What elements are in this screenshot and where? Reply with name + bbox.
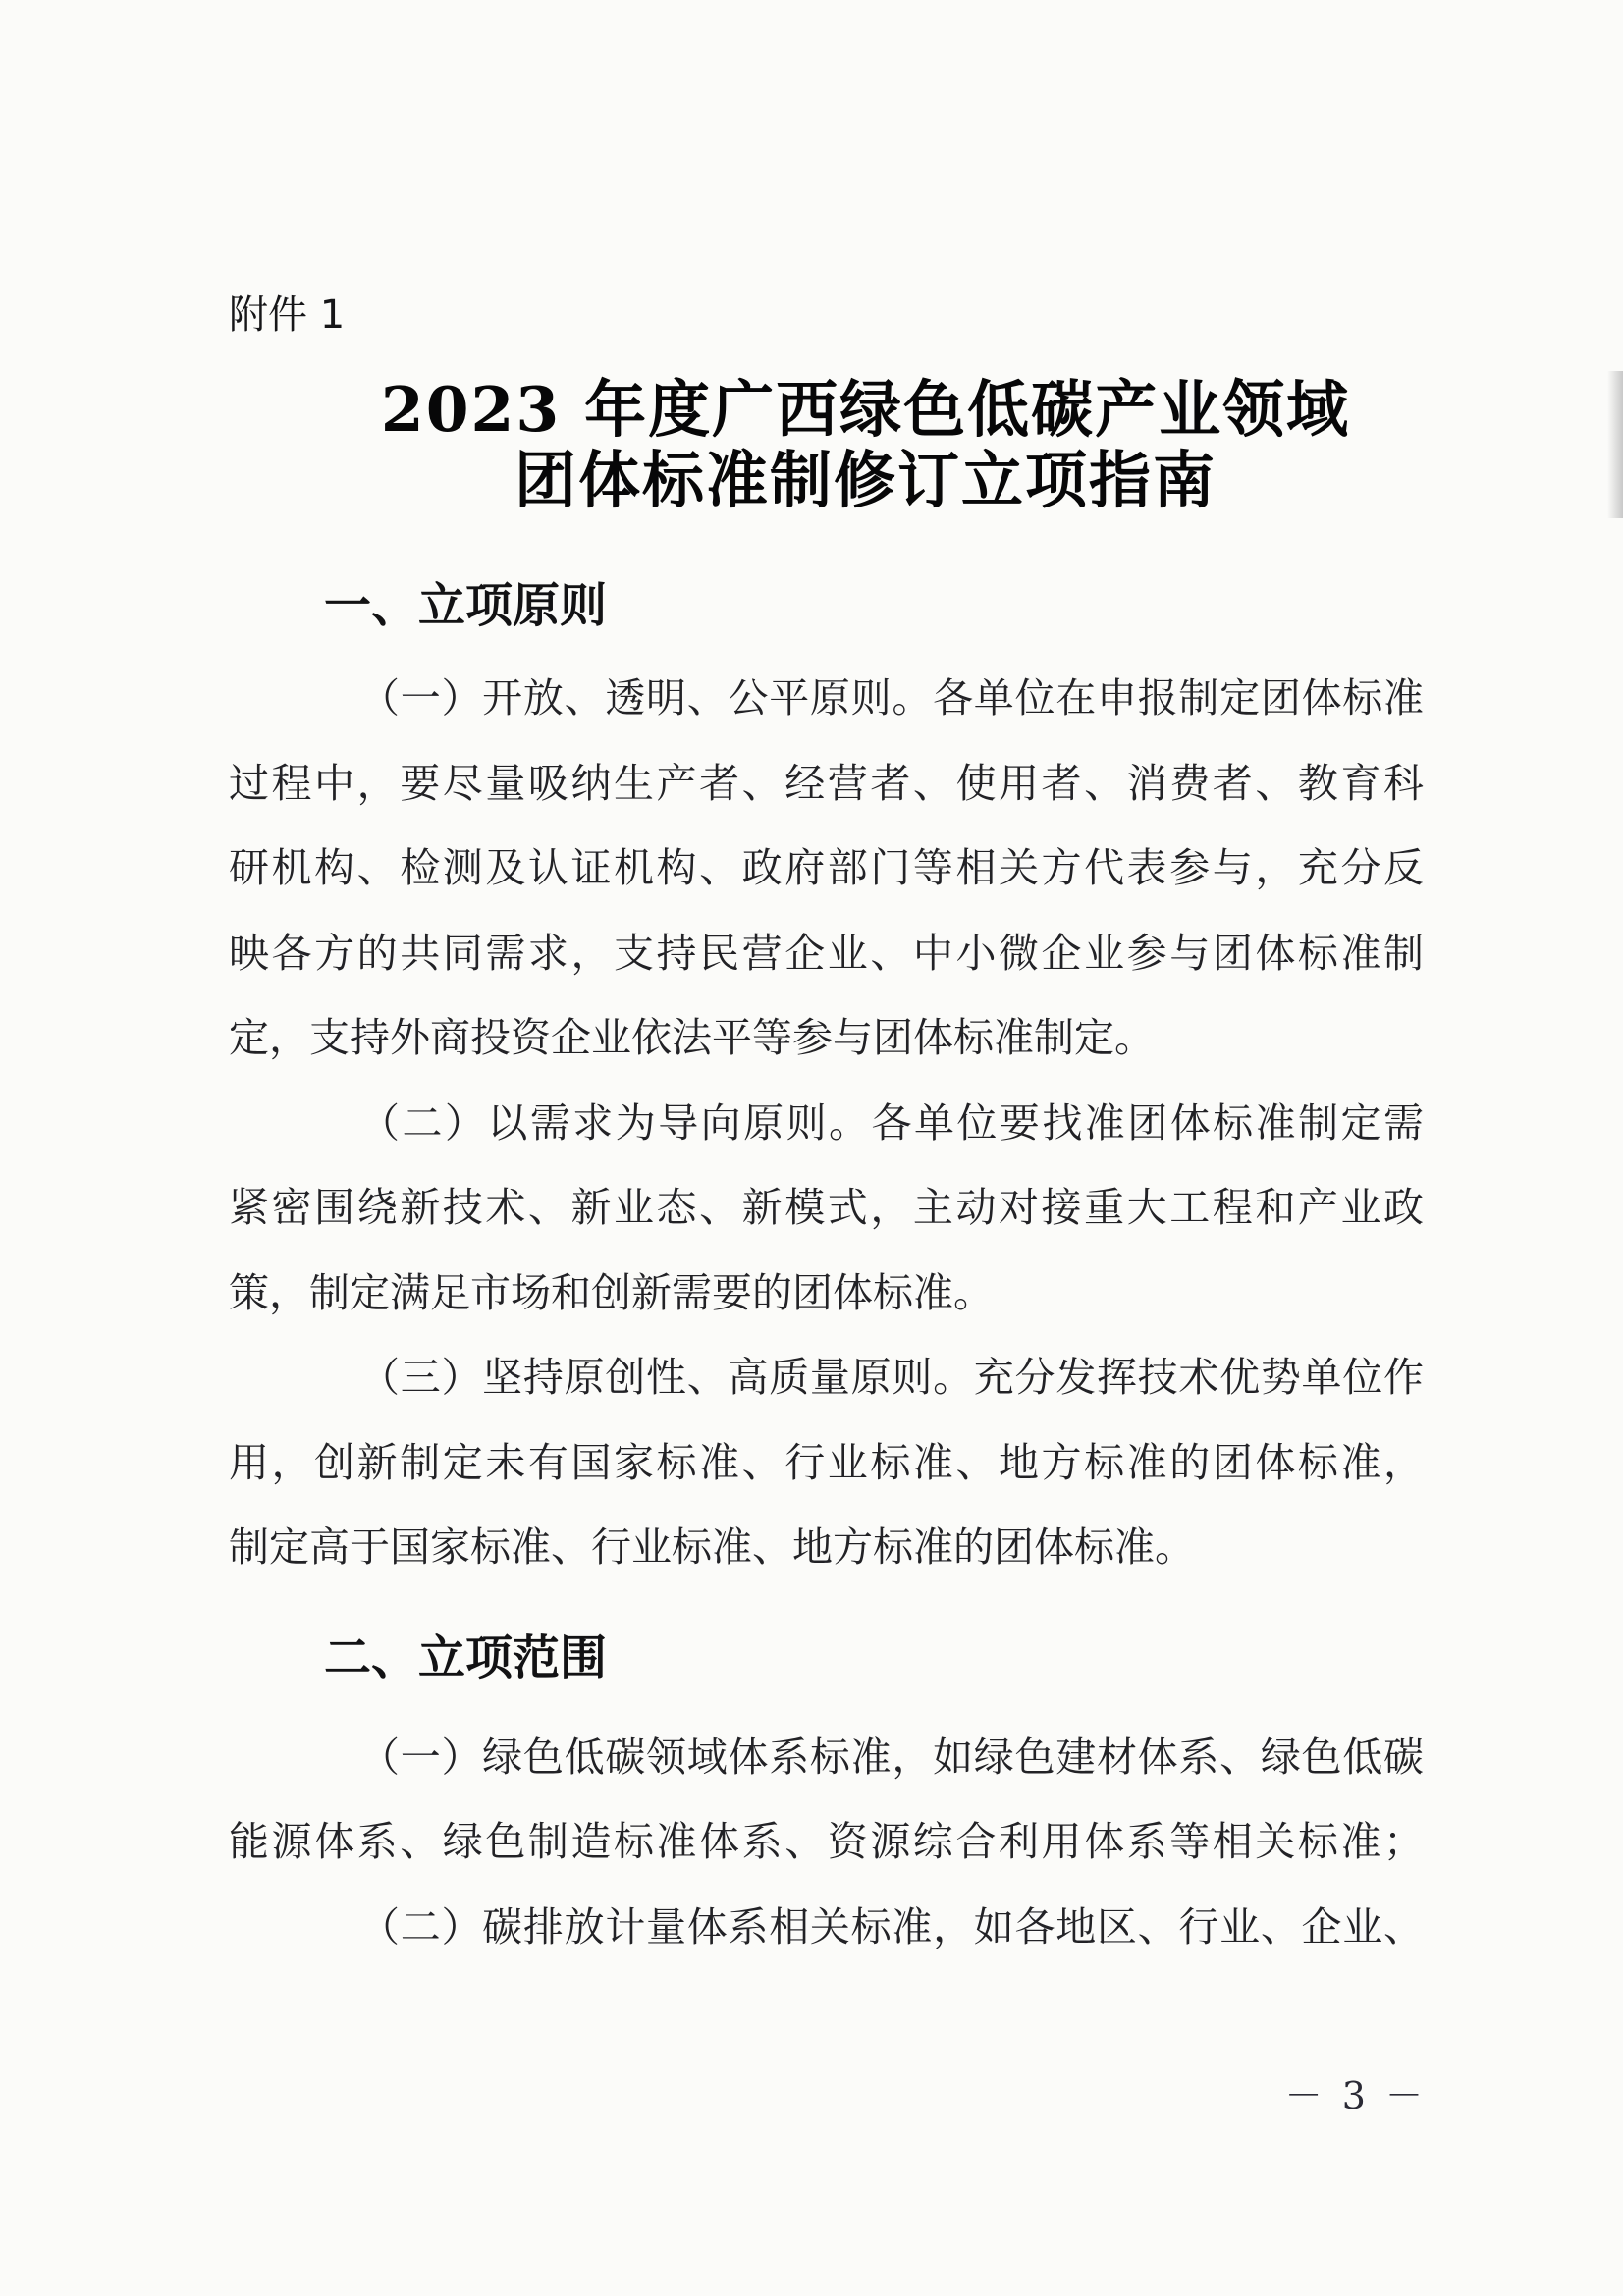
body-line: （三）坚持原创性、高质量原则。充分发挥技术优势单位作: [229, 1335, 1424, 1420]
document-title-line-2: 团体标准制修订立项指南: [108, 445, 1623, 515]
body-line: 能源体系、绿色制造标准体系、资源综合利用体系等相关标准；: [229, 1799, 1424, 1885]
body-line: 紧密围绕新技术、新业态、新模式，主动对接重大工程和产业政: [229, 1165, 1424, 1251]
scanned-document-page: 附件 1 2023 年度广西绿色低碳产业领域 团体标准制修订立项指南 一、立项原…: [0, 0, 1623, 2296]
paragraph: （一）开放、透明、公平原则。各单位在申报制定团体标准 过程中，要尽量吸纳生产者、…: [229, 656, 1424, 1081]
section-2-heading: 二、立项范围: [324, 1632, 1623, 1683]
body-line: （二）以需求为导向原则。各单位要找准团体标准制定需求，: [229, 1081, 1424, 1166]
page-number: － 3 －: [1285, 2073, 1427, 2118]
scan-edge-shadow: [1607, 371, 1623, 518]
section-2-body: （一）绿色低碳领域体系标准，如绿色建材体系、绿色低碳 能源体系、绿色制造标准体系…: [229, 1715, 1424, 1970]
paragraph: （二）碳排放计量体系相关标准，如各地区、行业、企业、: [229, 1885, 1424, 1970]
paragraph: （三）坚持原创性、高质量原则。充分发挥技术优势单位作 用，创新制定未有国家标准、…: [229, 1335, 1424, 1590]
body-line: （二）碳排放计量体系相关标准，如各地区、行业、企业、: [229, 1885, 1424, 1970]
section-1-heading: 一、立项原则: [324, 580, 1623, 631]
body-line: （一）绿色低碳领域体系标准，如绿色建材体系、绿色低碳: [229, 1715, 1424, 1800]
document-title: 2023 年度广西绿色低碳产业领域 团体标准制修订立项指南: [108, 374, 1623, 515]
paragraph: （二）以需求为导向原则。各单位要找准团体标准制定需求， 紧密围绕新技术、新业态、…: [229, 1081, 1424, 1336]
body-line: 过程中，要尽量吸纳生产者、经营者、使用者、消费者、教育科: [229, 741, 1424, 827]
section-1-body: （一）开放、透明、公平原则。各单位在申报制定团体标准 过程中，要尽量吸纳生产者、…: [229, 656, 1424, 1590]
body-line: 映各方的共同需求，支持民营企业、中小微企业参与团体标准制: [229, 911, 1424, 996]
attachment-label: 附件 1: [229, 294, 1623, 336]
document-title-line-1: 2023 年度广西绿色低碳产业领域: [108, 374, 1623, 445]
body-line: 策，制定满足市场和创新需要的团体标准。: [229, 1251, 1424, 1336]
body-line: 制定高于国家标准、行业标准、地方标准的团体标准。: [229, 1505, 1424, 1590]
body-line: 研机构、检测及认证机构、政府部门等相关方代表参与，充分反: [229, 826, 1424, 911]
paragraph: （一）绿色低碳领域体系标准，如绿色建材体系、绿色低碳 能源体系、绿色制造标准体系…: [229, 1715, 1424, 1885]
body-line: 用，创新制定未有国家标准、行业标准、地方标准的团体标准，: [229, 1420, 1424, 1506]
body-line: （一）开放、透明、公平原则。各单位在申报制定团体标准: [229, 656, 1424, 741]
body-line: 定，支持外商投资企业依法平等参与团体标准制定。: [229, 995, 1424, 1081]
